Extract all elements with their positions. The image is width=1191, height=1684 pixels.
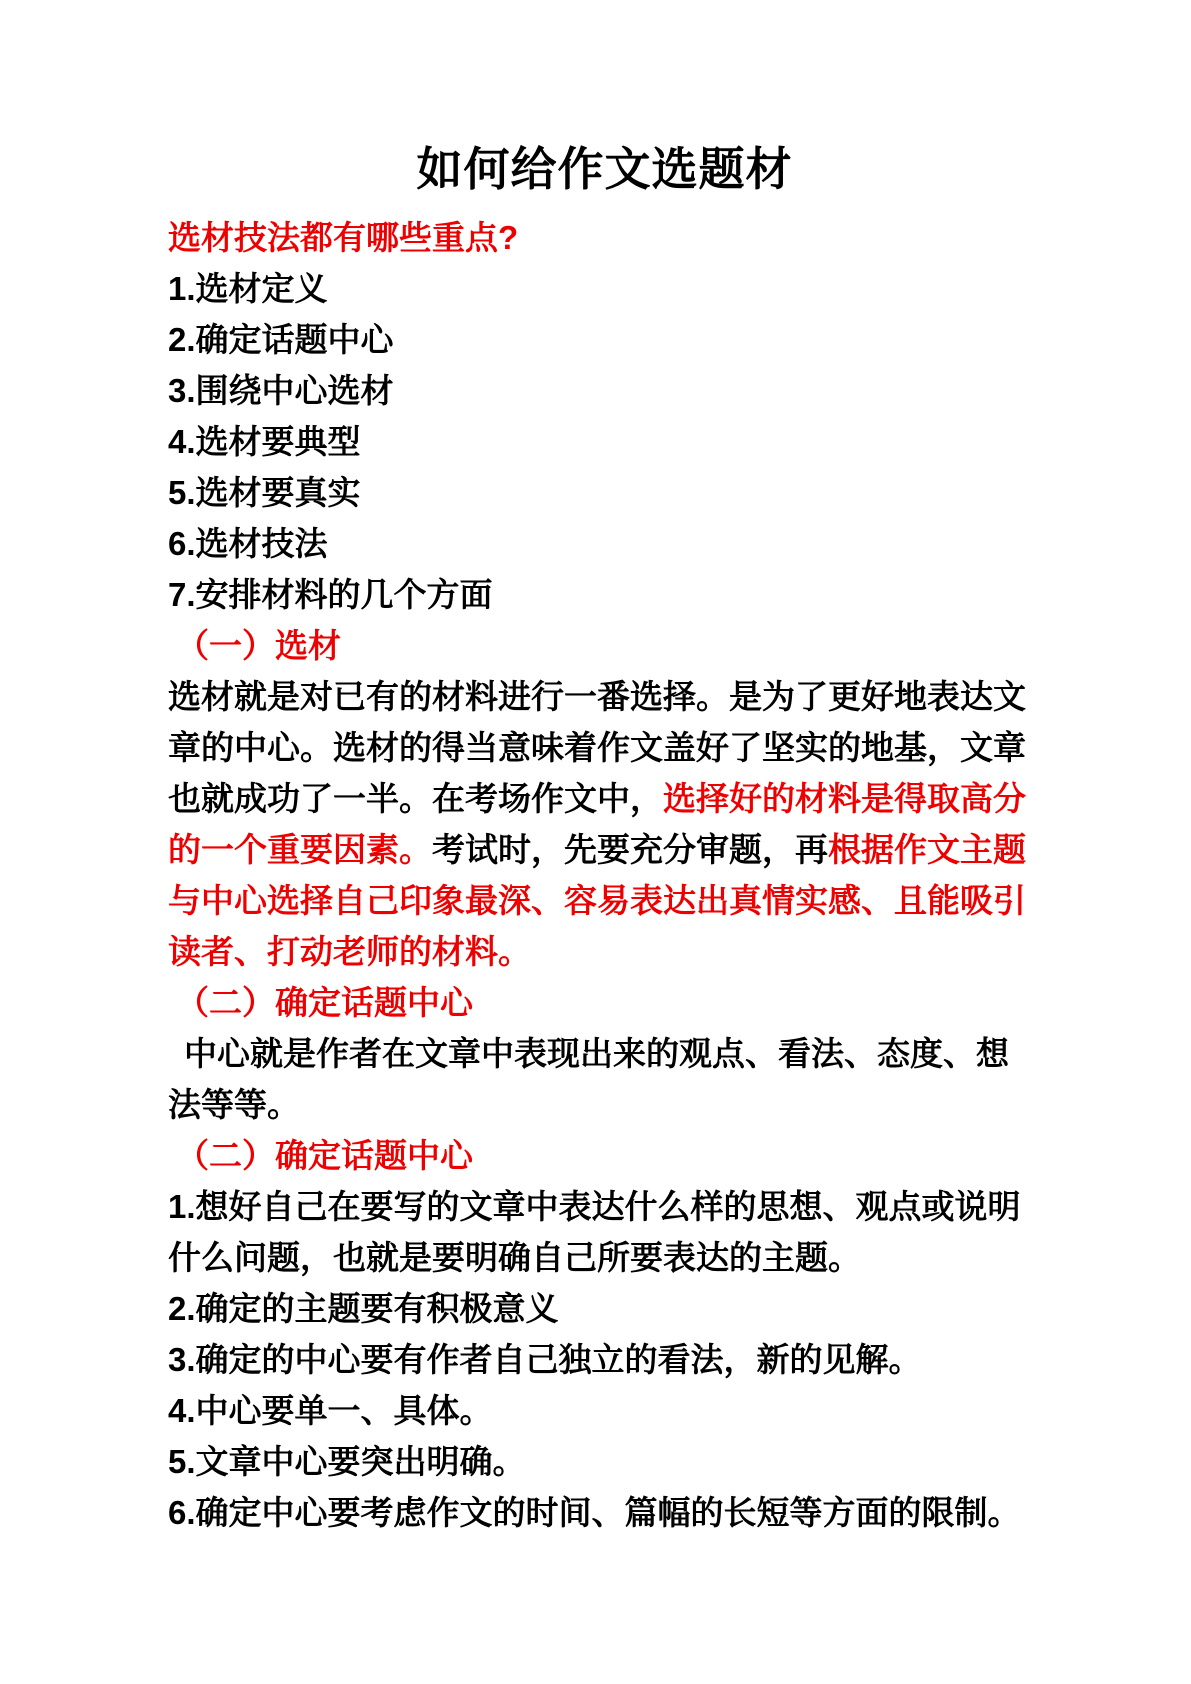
section-heading-xuancai: （一）选材 <box>168 620 1041 671</box>
numbered-point-1: 1.想好自己在要写的文章中表达什么样的思想、观点或说明 <box>168 1181 1041 1232</box>
outline-item-2: 2.确定话题中心 <box>168 314 1041 365</box>
outline-item-7: 7.安排材料的几个方面 <box>168 569 1041 620</box>
outline-item-4: 4.选材要典型 <box>168 416 1041 467</box>
text-segment: 选材就是对已有的材料进行一番选择。是为了更好地表达文 <box>168 678 1026 715</box>
numbered-point-3: 3.确定的中心要有作者自己独立的看法，新的见解。 <box>168 1334 1041 1385</box>
text-segment: 考试时，先要充分审题，再 <box>432 831 828 868</box>
text-segment: （一）选材 <box>176 627 341 664</box>
paragraph-line: 中心就是作者在文章中表现出来的观点、看法、态度、想 <box>168 1028 1041 1079</box>
text-segment: 读者、打动老师的材料。 <box>168 933 531 970</box>
text-segment: 3.围绕中心选材 <box>168 372 394 409</box>
document-body: 选材技法都有哪些重点?1.选材定义2.确定话题中心3.围绕中心选材4.选材要典型… <box>168 212 1041 1538</box>
paragraph-line: 选材就是对已有的材料进行一番选择。是为了更好地表达文 <box>168 671 1041 722</box>
text-segment: 1.选材定义 <box>168 270 328 307</box>
text-segment: 3.确定的中心要有作者自己独立的看法，新的见解。 <box>168 1341 922 1378</box>
numbered-point-2: 2.确定的主题要有积极意义 <box>168 1283 1041 1334</box>
numbered-point-5: 5.文章中心要突出明确。 <box>168 1436 1041 1487</box>
numbered-point-6: 6.确定中心要考虑作文的时间、篇幅的长短等方面的限制。 <box>168 1487 1041 1538</box>
text-segment: 的一个重要因素。 <box>168 831 432 868</box>
paragraph-line: 与中心选择自己印象最深、容易表达出真情实感、且能吸引 <box>168 875 1041 926</box>
text-segment: 什么问题，也就是要明确自己所要表达的主题。 <box>168 1239 861 1276</box>
numbered-point-1-cont: 什么问题，也就是要明确自己所要表达的主题。 <box>168 1232 1041 1283</box>
text-segment: 选择好的材料是得取高分 <box>663 780 1026 817</box>
paragraph-line: 读者、打动老师的材料。 <box>168 926 1041 977</box>
document: 如何给作文选题材 选材技法都有哪些重点?1.选材定义2.确定话题中心3.围绕中心… <box>0 0 1191 1538</box>
text-segment: 选材技法都有哪些重点? <box>168 219 518 256</box>
numbered-point-4: 4.中心要单一、具体。 <box>168 1385 1041 1436</box>
outline-item-6: 6.选材技法 <box>168 518 1041 569</box>
text-segment: 2.确定的主题要有积极意义 <box>168 1290 559 1327</box>
text-segment: 4.中心要单一、具体。 <box>168 1392 493 1429</box>
text-segment: 法等等。 <box>168 1086 300 1123</box>
paragraph-line: 也就成功了一半。在考场作文中，选择好的材料是得取高分 <box>168 773 1041 824</box>
text-segment: 5.选材要真实 <box>168 474 361 511</box>
outline-item-1: 1.选材定义 <box>168 263 1041 314</box>
text-segment: 6.确定中心要考虑作文的时间、篇幅的长短等方面的限制。 <box>168 1494 1021 1531</box>
outline-item-5: 5.选材要真实 <box>168 467 1041 518</box>
text-segment: 2.确定话题中心 <box>168 321 394 358</box>
page-title: 如何给作文选题材 <box>168 140 1041 198</box>
intro-question-heading: 选材技法都有哪些重点? <box>168 212 1041 263</box>
text-segment: 1.想好自己在要写的文章中表达什么样的思想、观点或说明 <box>168 1188 1021 1225</box>
text-segment: （二）确定话题中心 <box>176 1137 473 1174</box>
text-segment: 也就成功了一半。在考场作文中， <box>168 780 663 817</box>
paragraph-line: 章的中心。选材的得当意味着作文盖好了坚实的地基，文章 <box>168 722 1041 773</box>
text-segment: （二）确定话题中心 <box>176 984 473 1021</box>
text-segment: 5.文章中心要突出明确。 <box>168 1443 526 1480</box>
text-segment: 7.安排材料的几个方面 <box>168 576 493 613</box>
outline-item-3: 3.围绕中心选材 <box>168 365 1041 416</box>
section-heading-huati-center-1: （二）确定话题中心 <box>168 977 1041 1028</box>
text-segment: 6.选材技法 <box>168 525 328 562</box>
text-segment: 4.选材要典型 <box>168 423 361 460</box>
text-segment: 与中心选择自己印象最深、容易表达出真情实感、且能吸引 <box>168 882 1026 919</box>
page: { "page": { "title": "如何给作文选题材", "colors… <box>0 0 1191 1684</box>
section-heading-huati-center-2: （二）确定话题中心 <box>168 1130 1041 1181</box>
text-segment: 根据作文主题 <box>828 831 1026 868</box>
text-segment: 章的中心。选材的得当意味着作文盖好了坚实的地基，文章 <box>168 729 1026 766</box>
paragraph-line: 法等等。 <box>168 1079 1041 1130</box>
paragraph-line: 的一个重要因素。考试时，先要充分审题，再根据作文主题 <box>168 824 1041 875</box>
text-segment: 中心就是作者在文章中表现出来的观点、看法、态度、想 <box>184 1035 1009 1072</box>
